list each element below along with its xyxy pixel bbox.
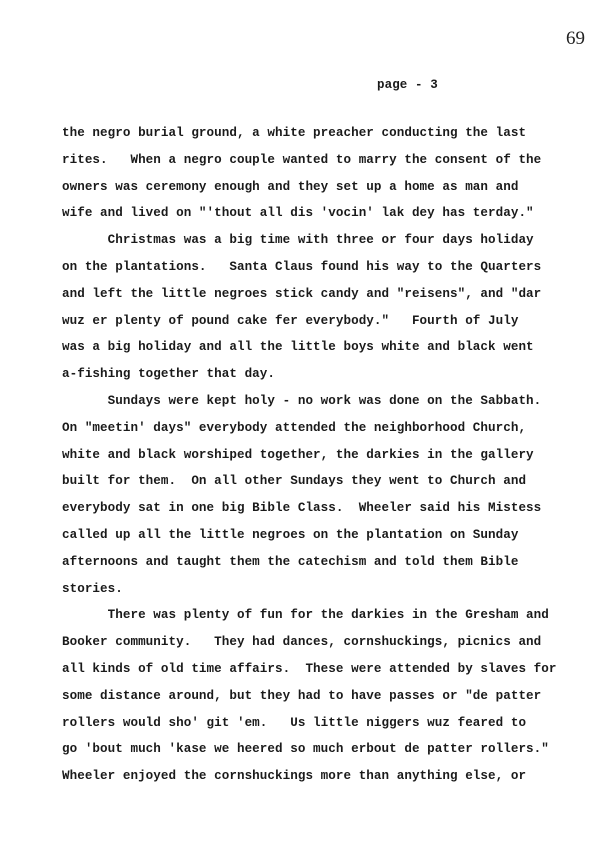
text-line: all kinds of old time affairs. These wer… — [62, 656, 592, 683]
text-line: Sundays were kept holy - no work was don… — [62, 388, 592, 415]
text-line: stories. — [62, 576, 592, 603]
page-label: page - 3 — [377, 78, 438, 92]
text-line: go 'bout much 'kase we heered so much er… — [62, 736, 592, 763]
text-line: On "meetin' days" everybody attended the… — [62, 415, 592, 442]
text-line: rollers would sho' git 'em. Us little ni… — [62, 710, 592, 737]
text-line: a-fishing together that day. — [62, 361, 592, 388]
text-line: wife and lived on "'thout all dis 'vocin… — [62, 200, 592, 227]
typed-transcript-body: the negro burial ground, a white preache… — [62, 120, 592, 790]
text-line: afternoons and taught them the catechism… — [62, 549, 592, 576]
text-line: on the plantations. Santa Claus found hi… — [62, 254, 592, 281]
text-line: the negro burial ground, a white preache… — [62, 120, 592, 147]
text-line: rites. When a negro couple wanted to mar… — [62, 147, 592, 174]
text-line: Wheeler enjoyed the cornshuckings more t… — [62, 763, 592, 790]
text-line: called up all the little negroes on the … — [62, 522, 592, 549]
text-line: Christmas was a big time with three or f… — [62, 227, 592, 254]
text-line: Booker community. They had dances, corns… — [62, 629, 592, 656]
text-line: some distance around, but they had to ha… — [62, 683, 592, 710]
text-line: wuz er plenty of pound cake fer everybod… — [62, 308, 592, 335]
text-line: There was plenty of fun for the darkies … — [62, 602, 592, 629]
text-line: everybody sat in one big Bible Class. Wh… — [62, 495, 592, 522]
text-line: was a big holiday and all the little boy… — [62, 334, 592, 361]
text-line: white and black worshiped together, the … — [62, 442, 592, 469]
text-line: and left the little negroes stick candy … — [62, 281, 592, 308]
text-line: owners was ceremony enough and they set … — [62, 174, 592, 201]
text-line: built for them. On all other Sundays the… — [62, 468, 592, 495]
folio-number: 69 — [566, 28, 585, 50]
